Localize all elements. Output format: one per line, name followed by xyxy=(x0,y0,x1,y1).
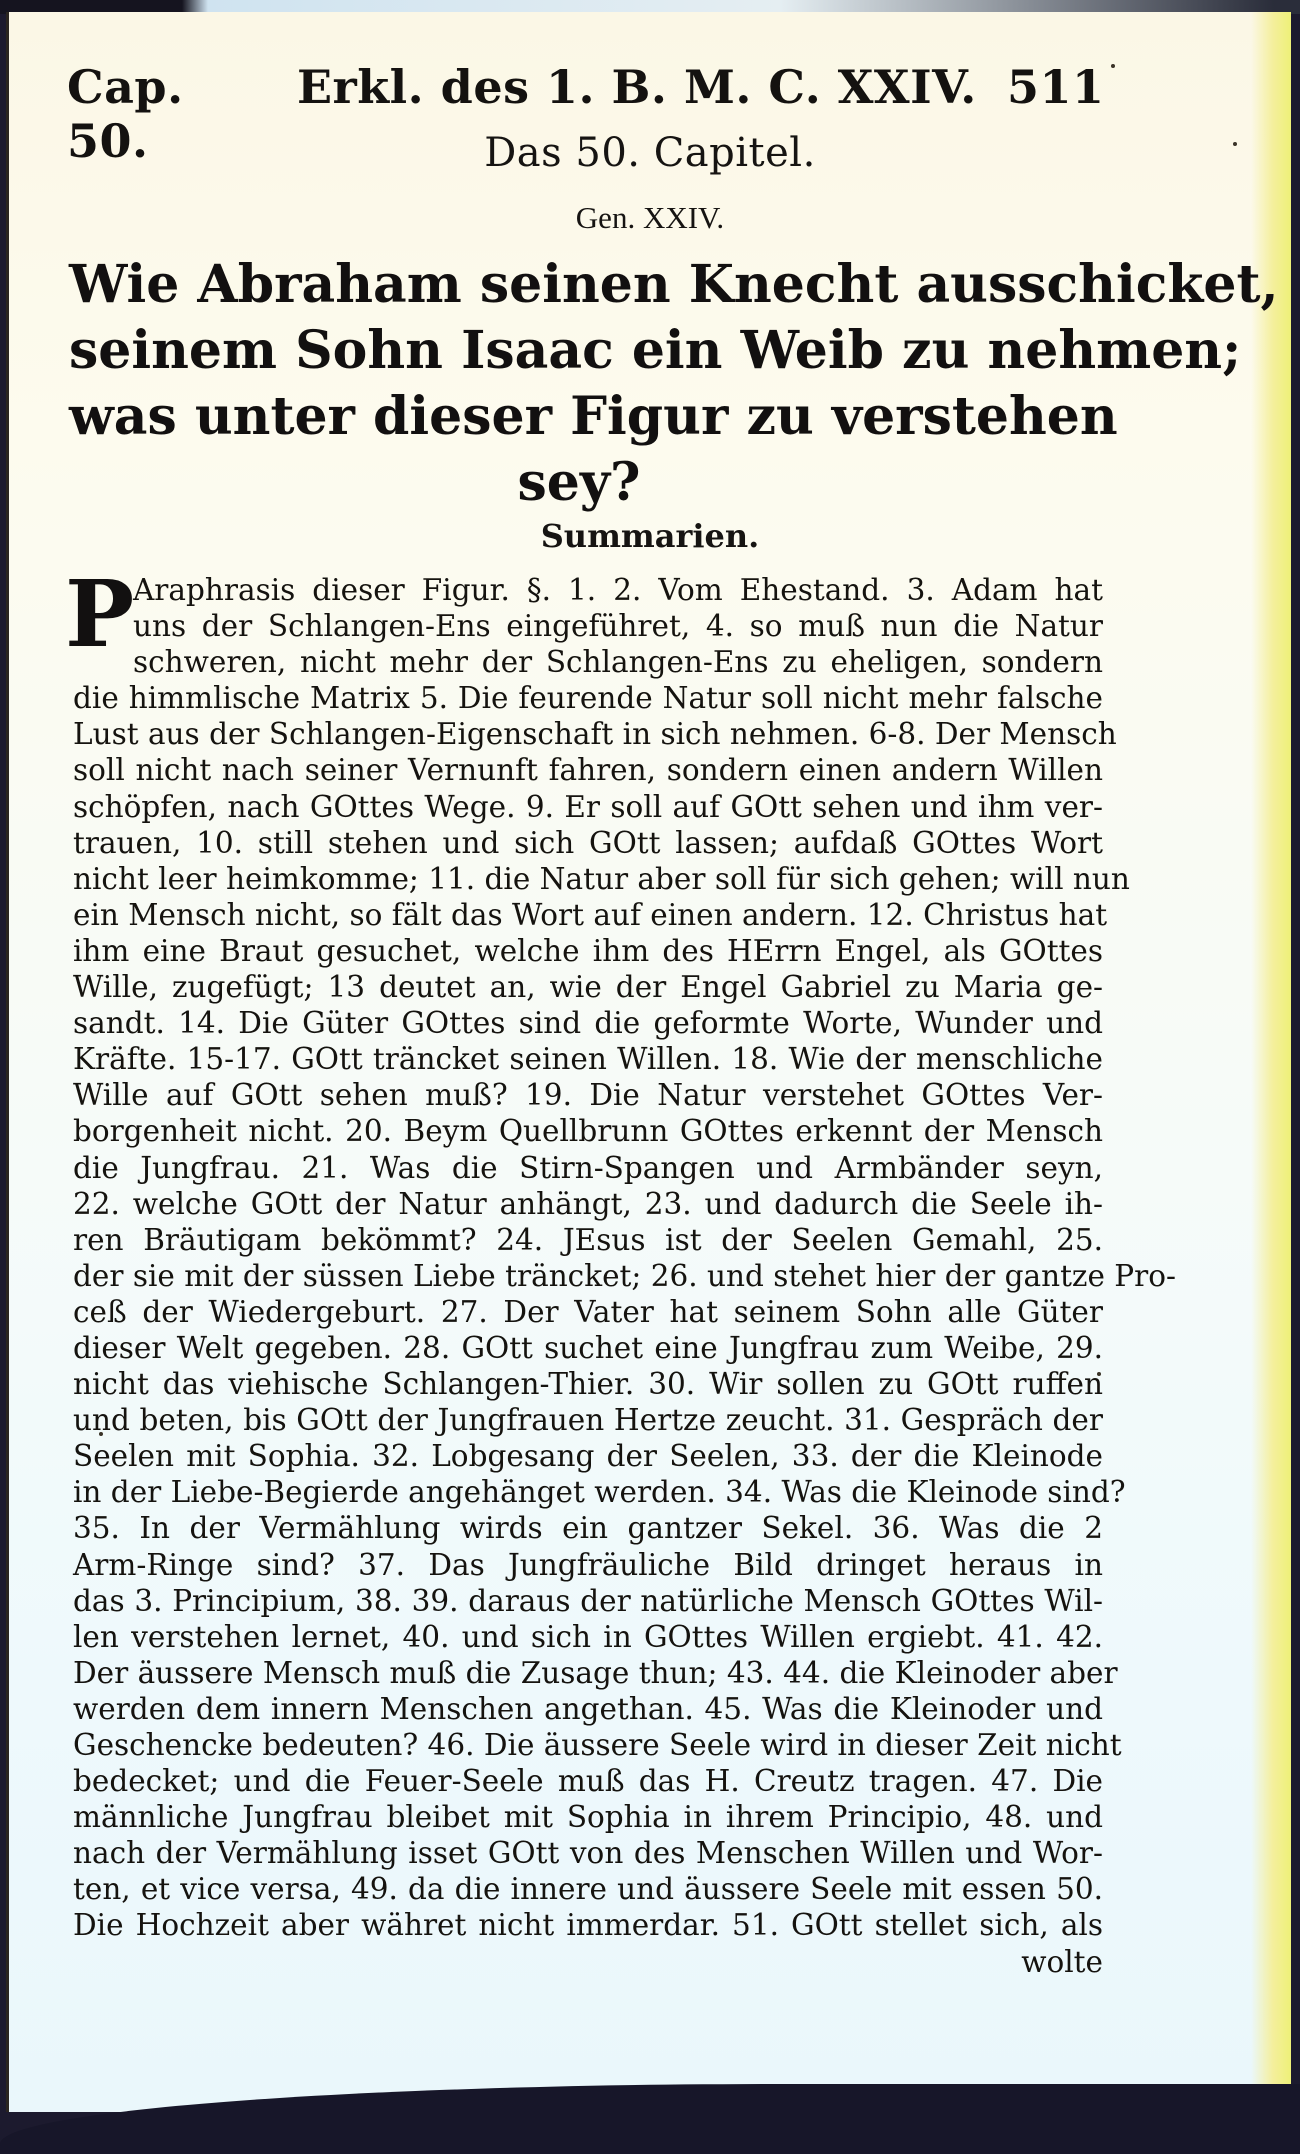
summary-line: die Jungfrau. 21. Was die Stirn-Spangen … xyxy=(73,1150,1103,1186)
summary-line: borgenheit nicht. 20. Beym Quellbrunn GO… xyxy=(73,1113,1103,1149)
summary-line: Geschencke bedeuten? 46. Die äussere See… xyxy=(73,1727,1103,1763)
summary-heading: Summarien. xyxy=(9,517,1291,555)
summary-paragraph: P Araphrasis dieser Figur. §. 1. 2. Vom … xyxy=(73,572,1103,1980)
summary-line: dieser Welt gegeben. 28. GOtt suchet ein… xyxy=(73,1330,1103,1366)
summary-line: nach der Vermählung isset GOtt von des M… xyxy=(73,1835,1103,1871)
summary-line: Wille auf GOtt sehen muß? 19. Die Natur … xyxy=(73,1077,1103,1113)
summary-line: ein Mensch nicht, so fält das Wort auf e… xyxy=(73,897,1103,933)
summary-line: Die Hochzeit aber währet nicht immerdar.… xyxy=(73,1907,1103,1943)
summary-line: 35. In der Vermählung wirds ein gantzer … xyxy=(73,1510,1103,1546)
summary-line: und beten, bis GOtt der Jungfrauen Hertz… xyxy=(73,1402,1103,1438)
book-page: Cap. 50. Erkl. des 1. B. M. C. XXIV. 511… xyxy=(6,12,1291,2112)
chapter-title-line: Wie Abraham seinen Knecht ausschicket, xyxy=(69,252,1089,318)
summary-line: Kräfte. 15-17. GOtt träncket seinen Will… xyxy=(73,1041,1103,1077)
summary-line: der sie mit der süssen Liebe träncket; 2… xyxy=(73,1258,1103,1294)
summary-line: in der Liebe-Begierde angehänget werden.… xyxy=(73,1474,1103,1510)
summary-line: ceß der Wiedergeburt. 27. Der Vater hat … xyxy=(73,1294,1103,1330)
chapter-label: Das 50. Capitel. xyxy=(9,130,1291,176)
summary-line: len verstehen lernet, 40. und sich in GO… xyxy=(73,1619,1103,1655)
summary-line: schöpfen, nach GOttes Wege. 9. Er soll a… xyxy=(73,789,1103,825)
summary-line: Arm-Ringe sind? 37. Das Jungfräuliche Bi… xyxy=(73,1547,1103,1583)
summary-line: die himmlische Matrix 5. Die feurende Na… xyxy=(73,680,1103,716)
summary-line: bedecket; und die Feuer-Seele muß das H.… xyxy=(73,1763,1103,1799)
page-number: 511 xyxy=(1007,60,1087,114)
summary-line: männliche Jungfrau bleibet mit Sophia in… xyxy=(73,1799,1103,1835)
summary-line: nicht das viehische Schlangen-Thier. 30.… xyxy=(73,1366,1103,1402)
summary-line: schweren, nicht mehr der Schlangen-Ens z… xyxy=(73,644,1103,680)
summary-line: uns der Schlangen-Ens eingeführet, 4. so… xyxy=(73,608,1103,644)
summary-line: soll nicht nach seiner Vernunft fahren, … xyxy=(73,752,1103,788)
summary-line: ihm eine Braut gesuchet, welche ihm des … xyxy=(73,933,1103,969)
summary-line: Wille, zugefügt; 13 deutet an, wie der E… xyxy=(73,969,1103,1005)
running-head-title: Erkl. des 1. B. M. C. XXIV. xyxy=(267,60,1007,114)
summary-line: sandt. 14. Die Güter GOttes sind die gef… xyxy=(73,1005,1103,1041)
summary-line: trauen, 10. still stehen und sich GOtt l… xyxy=(73,825,1103,861)
summary-line: Seelen mit Sophia. 32. Lobgesang der See… xyxy=(73,1438,1103,1474)
summary-line: Der äussere Mensch muß die Zusage thun; … xyxy=(73,1655,1103,1691)
summary-line: ten, et vice versa, 49. da die innere un… xyxy=(73,1871,1103,1907)
chapter-title: Wie Abraham seinen Knecht ausschicket, s… xyxy=(69,252,1089,516)
summary-line: werden dem innern Menschen angethan. 45.… xyxy=(73,1691,1103,1727)
summary-line: ren Bräutigam bekömmt? 24. JEsus ist der… xyxy=(73,1222,1103,1258)
chapter-title-line: sey? xyxy=(69,450,1089,516)
summary-line: das 3. Principium, 38. 39. daraus der na… xyxy=(73,1583,1103,1619)
summary-line: Lust aus der Schlangen-Eigenschaft in si… xyxy=(73,716,1103,752)
chapter-title-line: seinem Sohn Isaac ein Weib zu nehmen; xyxy=(69,318,1089,384)
chapter-title-line: was unter dieser Figur zu verstehen xyxy=(69,384,1089,450)
summary-line: 22. welche GOtt der Natur anhängt, 23. u… xyxy=(73,1186,1103,1222)
catchword: wolte xyxy=(73,1944,1103,1980)
summary-line: nicht leer heimkomme; 11. die Natur aber… xyxy=(73,861,1103,897)
summary-line: Araphrasis dieser Figur. §. 1. 2. Vom Eh… xyxy=(73,572,1103,608)
page-gutter-edge xyxy=(1251,12,1291,2112)
drop-initial: P xyxy=(65,568,134,660)
scripture-reference: Gen. XXIV. xyxy=(9,200,1291,236)
